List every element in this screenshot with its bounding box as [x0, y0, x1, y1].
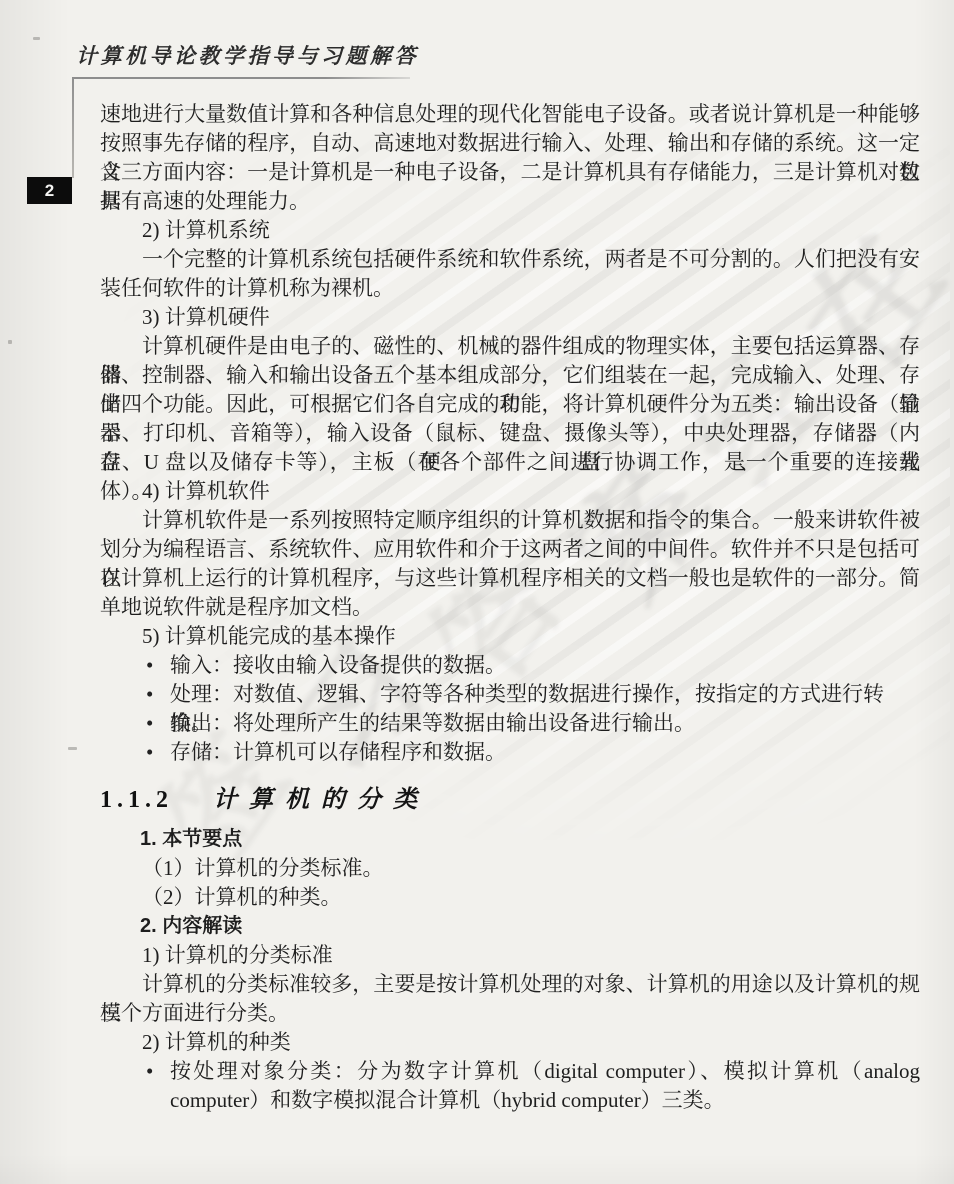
paragraph-line: 速地进行大量数值计算和各种信息处理的现代化智能电子设备。或者说计算机是一种能够: [100, 100, 920, 129]
scan-speck: [68, 747, 77, 750]
key-point-item: （1）计算机的分类标准。: [100, 854, 920, 883]
list-item-storage: 存储：计算机可以存储程序和数据。: [100, 738, 920, 767]
paragraph-line: 计算机的分类标准较多，主要是按计算机处理的对象、计算机的用途以及计算机的规模: [100, 970, 920, 999]
paragraph-line: 按照事先存储的程序，自动、高速地对数据进行输入、处理、输出和存储的系统。这一定义…: [100, 129, 920, 158]
section-heading: 1.1.2 计算机的分类: [100, 779, 920, 813]
scan-speck: [33, 37, 40, 40]
paragraph-line: 盘、U 盘以及储存卡等），主板（在各个部件之间进行协调工作，是一个重要的连接载体…: [100, 448, 920, 477]
paragraph-line: 计算机软件是一系列按照特定顺序组织的计算机数据和指令的集合。一般来讲软件被: [100, 506, 920, 535]
paragraph-line: 计算机硬件是由电子的、磁性的、机械的器件组成的物理实体，主要包括运算器、存储: [100, 332, 920, 361]
page-content: 速地进行大量数值计算和各种信息处理的现代化智能电子设备。或者说计算机是一种能够 …: [100, 100, 920, 1115]
page-number-badge: 2: [27, 177, 72, 204]
subheading-basic-operations: 5) 计算机能完成的基本操作: [100, 622, 920, 651]
section-number: 1.1.2: [100, 787, 173, 814]
list-item-by-object: 按处理对象分类：分为数字计算机（digital computer）、模拟计算机（…: [100, 1057, 920, 1086]
paragraph-line: 划分为编程语言、系统软件、应用软件和介于这两者之间的中间件。软件并不只是包括可以: [100, 535, 920, 564]
paragraph-line: 在计算机上运行的计算机程序，与这些计算机程序相关的文档一般也是软件的一部分。简: [100, 564, 920, 593]
paragraph-line: 装任何软件的计算机称为裸机。: [100, 274, 920, 303]
label-content-reading: 2. 内容解读: [100, 912, 920, 941]
header-underline: [72, 77, 410, 79]
list-item-continuation: computer）和数字模拟混合计算机（hybrid computer）三类。: [100, 1086, 920, 1115]
list-item-output: 输出：将处理所产生的结果等数据由输出设备进行输出。: [100, 709, 920, 738]
paragraph-line: 出四个功能。因此，可根据它们各自完成的功能，将计算机硬件分为五类：输出设备（显示: [100, 390, 920, 419]
subheading-computer-system: 2) 计算机系统: [100, 216, 920, 245]
paragraph-line: 器、打印机、音箱等），输入设备（鼠标、键盘、摄像头等），中央处理器，存储器（内存…: [100, 419, 920, 448]
paragraph-line: 含三方面内容：一是计算机是一种电子设备，二是计算机具有存储能力，三是计算机对数据: [100, 158, 920, 187]
scan-speck: [8, 340, 12, 344]
paragraph-line: 器、控制器、输入和输出设备五个基本组成部分，它们组装在一起，完成输入、处理、存储…: [100, 361, 920, 390]
paragraph-line: 一个完整的计算机系统包括硬件系统和软件系统，两者是不可分割的。人们把没有安: [100, 245, 920, 274]
subheading-classification-standard: 1) 计算机的分类标准: [100, 941, 920, 970]
margin-line: [72, 78, 74, 178]
key-point-item: （2）计算机的种类。: [100, 883, 920, 912]
running-header-title: 计算机导论教学指导与习题解答: [76, 40, 436, 70]
subheading-computer-kinds: 2) 计算机的种类: [100, 1028, 920, 1057]
list-item-process: 处理：对数值、逻辑、字符等各种类型的数据进行操作，按指定的方式进行转换。: [100, 680, 920, 709]
label-key-points: 1. 本节要点: [100, 825, 920, 854]
section-title: 计算机的分类: [213, 779, 429, 814]
subheading-computer-hardware: 3) 计算机硬件: [100, 303, 920, 332]
list-item-input: 输入：接收由输入设备提供的数据。: [100, 651, 920, 680]
book-page: 在 经 案 答 习 签 计算机导论教学指导与习题解答 2 速地进行大量数值计算和…: [0, 0, 954, 1184]
paragraph-line: 三个方面进行分类。: [100, 999, 920, 1028]
paragraph-line: 单地说软件就是程序加文档。: [100, 593, 920, 622]
paragraph-line: 具有高速的处理能力。: [100, 187, 920, 216]
subheading-computer-software: 4) 计算机软件: [100, 477, 920, 506]
